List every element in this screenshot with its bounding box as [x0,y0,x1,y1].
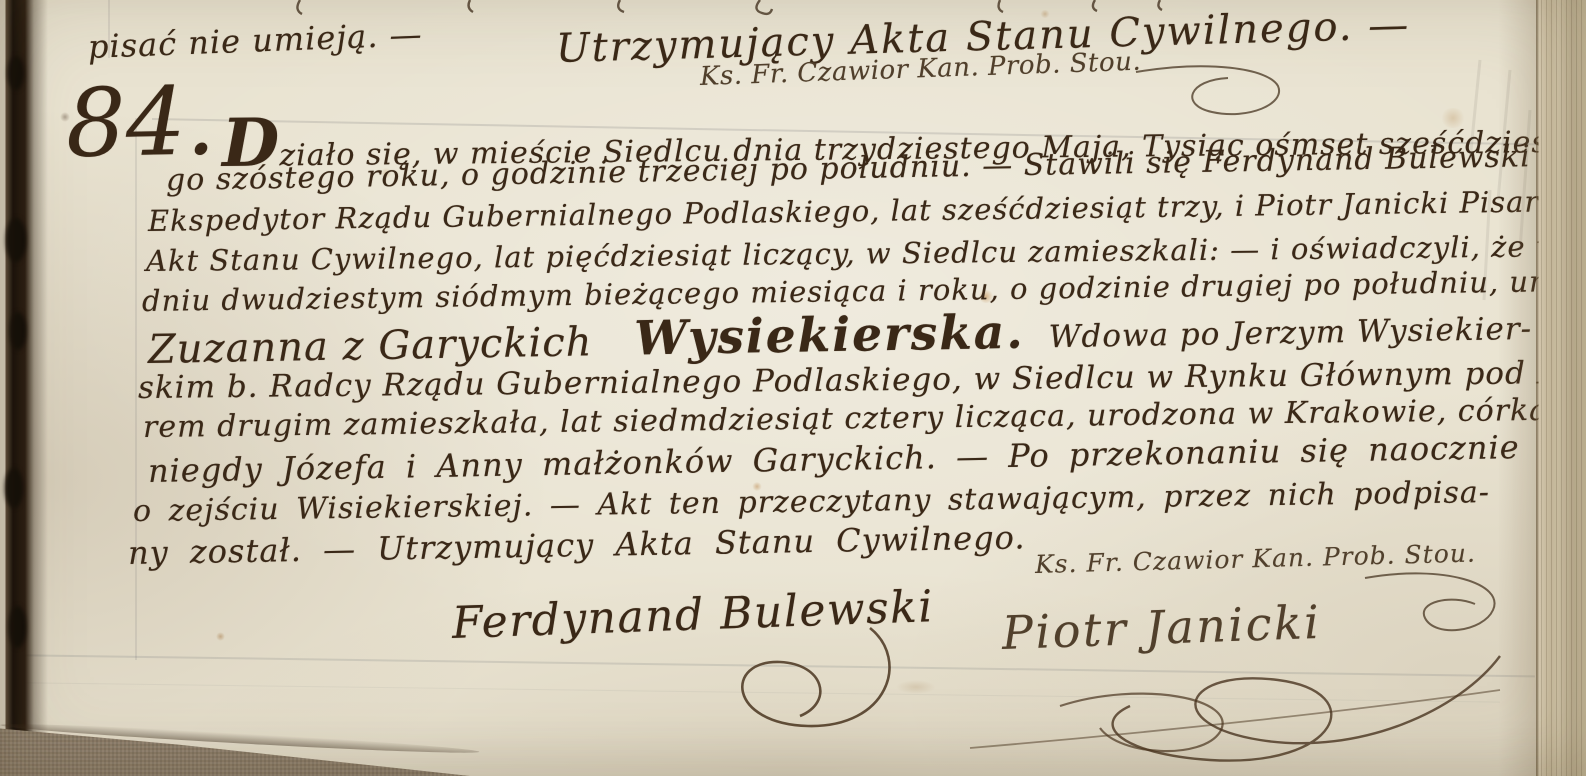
register-page-scan: pisać nie umieją. — Utrzymujący Akta Sta… [0,0,1586,776]
previous-record-fragment: pisać nie umieją. — [87,15,423,66]
record-priest-signature: Ks. Fr. Czawior Kan. Prob. Stou. [1035,538,1477,579]
foxing-stain [216,632,225,641]
janicki-signature-flourish [940,640,1540,776]
deceased-maiden-name: Zuzanna z Garyckich [148,319,593,373]
binding-tear [9,606,26,648]
binding-tear [8,56,24,90]
foxing-stain [896,680,936,694]
binding-tear [5,468,23,508]
signature-ferdynand-bulewski: Ferdynand Bulewski [451,581,935,649]
table-rule-bottom [0,654,1535,677]
table-rule-bottom-2 [0,682,1500,703]
signature-piotr-janicki: Piotr Janicki [1001,595,1322,660]
table-rule-left-vertical [135,118,137,660]
page-fore-edge [1536,0,1586,776]
binding-tear [6,218,26,262]
book-binding-edge [0,0,48,776]
deceased-widow-text: Wdowa po Jerzym Wysiekier- [1048,311,1532,355]
binding-tear [10,312,26,350]
deceased-surname: Wysiekierska. [634,305,1025,367]
page-curl-shadow-right [1498,0,1538,776]
